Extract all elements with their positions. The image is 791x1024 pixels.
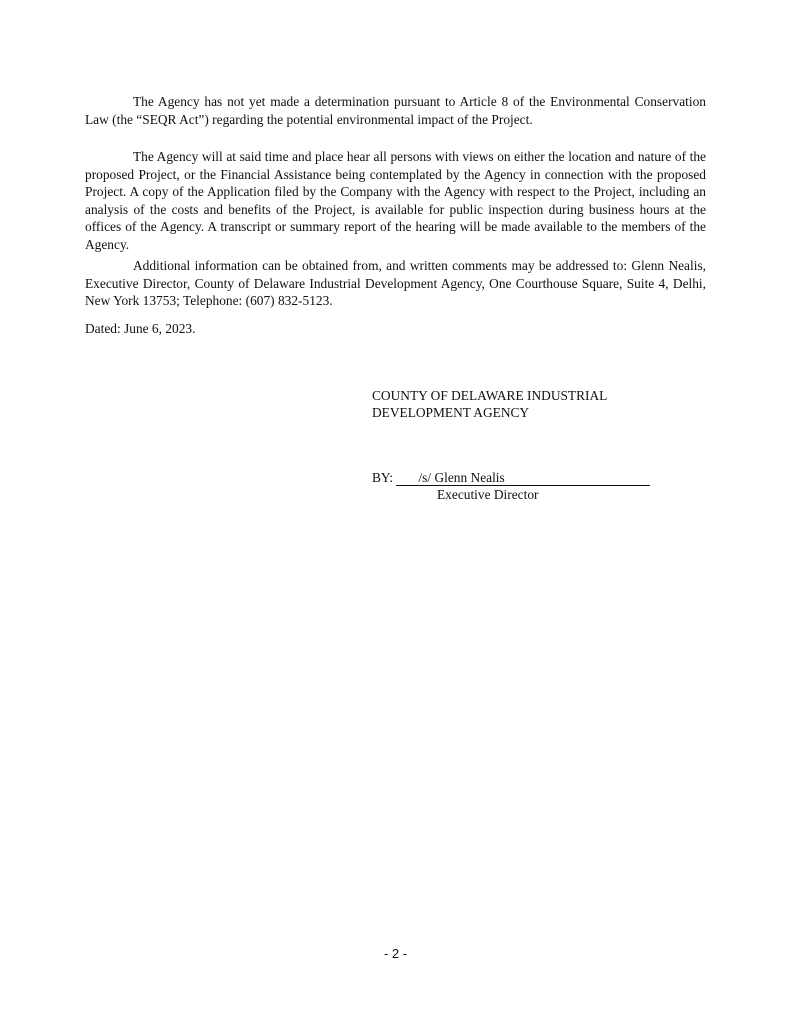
- signatory-title: Executive Director: [437, 486, 539, 504]
- signature-by-line: BY: /s/ Glenn Nealis: [372, 469, 650, 487]
- signature-field: /s/ Glenn Nealis: [396, 470, 650, 486]
- by-label: BY:: [372, 470, 393, 485]
- paragraph-seqr: The Agency has not yet made a determinat…: [85, 93, 706, 128]
- paragraph-contact-info: Additional information can be obtained f…: [85, 257, 706, 310]
- paragraph-hearing: The Agency will at said time and place h…: [85, 148, 706, 254]
- page-number: - 2 -: [0, 946, 791, 961]
- signature-org-line1: COUNTY OF DELAWARE INDUSTRIAL: [372, 387, 607, 405]
- signature-org-line2: DEVELOPMENT AGENCY: [372, 404, 529, 422]
- dated-line: Dated: June 6, 2023.: [85, 320, 706, 338]
